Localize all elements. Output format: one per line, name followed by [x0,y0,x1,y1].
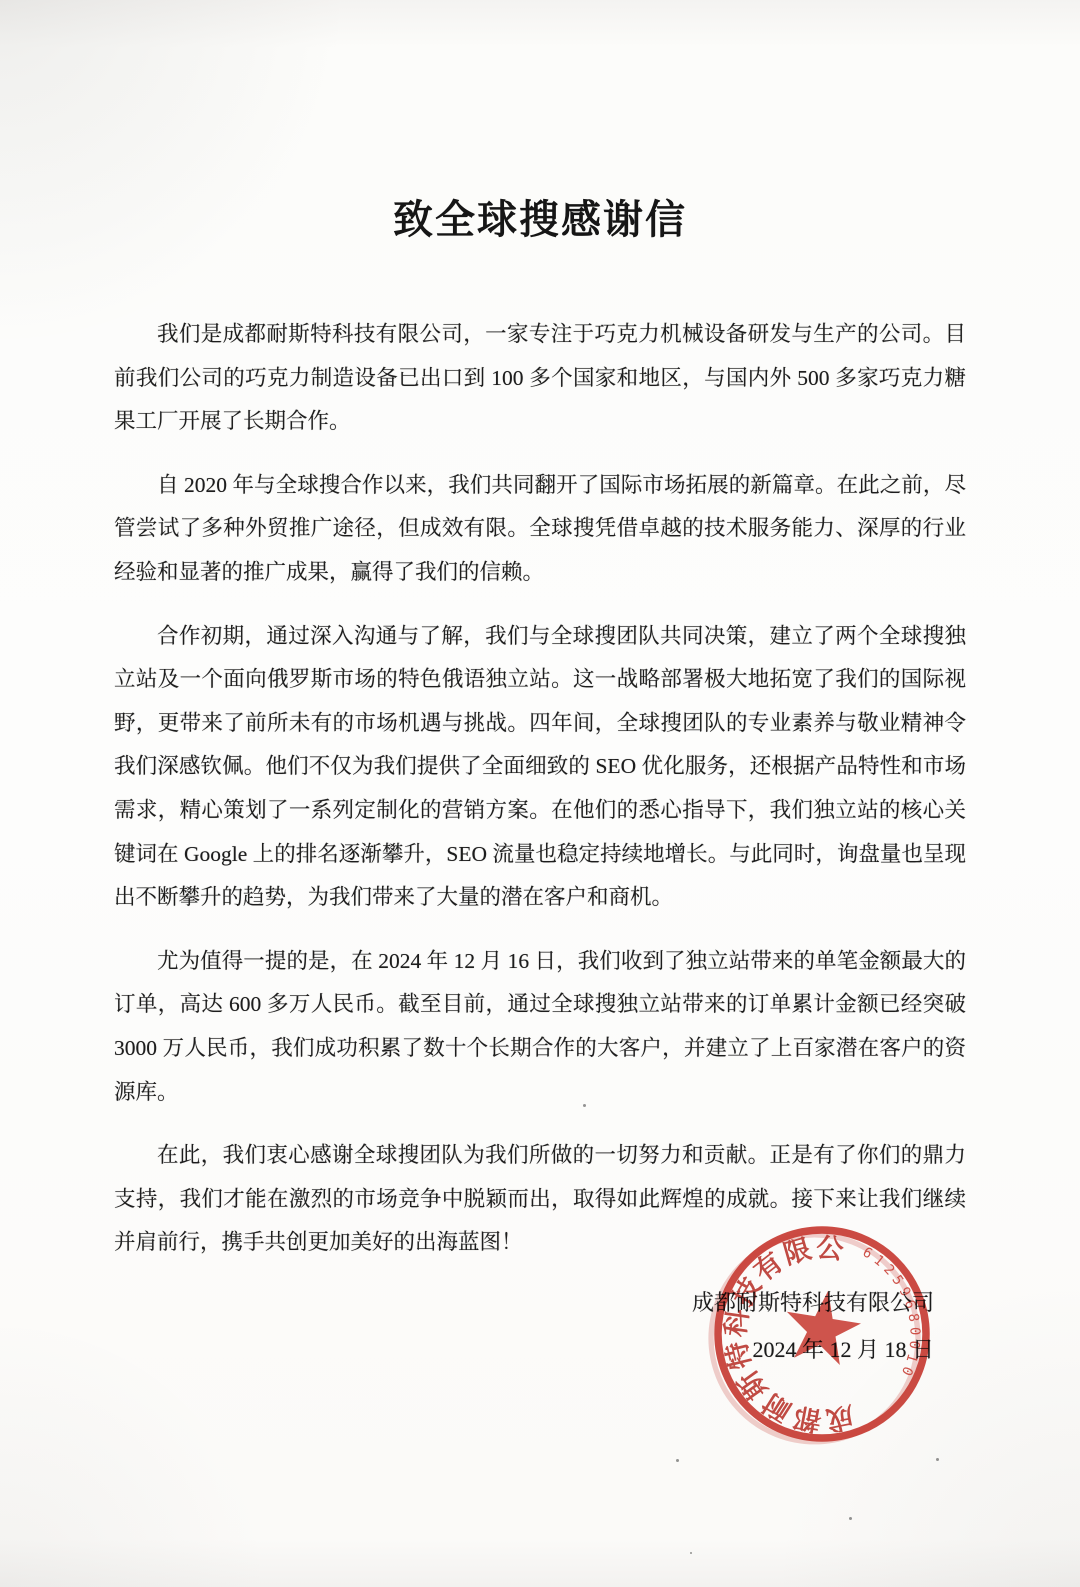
letter-paragraph: 我们是成都耐斯特科技有限公司，一家专注于巧克力机械设备研发与生产的公司。目前我们… [114,313,966,444]
letter-title: 致全球搜感谢信 [0,0,1080,243]
company-seal: 成都耐斯特科技有限公司 612596800105 [694,1206,950,1462]
letter-page: 致全球搜感谢信 我们是成都耐斯特科技有限公司，一家专注于巧克力机械设备研发与生产… [0,0,1080,1587]
letter-paragraph: 合作初期，通过深入沟通与了解，我们与全球搜团队共同决策，建立了两个全球搜独立站及… [114,615,966,920]
letter-paragraph: 尤为值得一提的是，在 2024 年 12 月 16 日，我们收到了独立站带来的单… [114,940,966,1114]
letter-paragraph: 自 2020 年与全球搜合作以来，我们共同翻开了国际市场拓展的新篇章。在此之前，… [114,464,966,595]
letter-body: 我们是成都耐斯特科技有限公司，一家专注于巧克力机械设备研发与生产的公司。目前我们… [114,313,966,1265]
seal-star-icon [780,1285,865,1367]
